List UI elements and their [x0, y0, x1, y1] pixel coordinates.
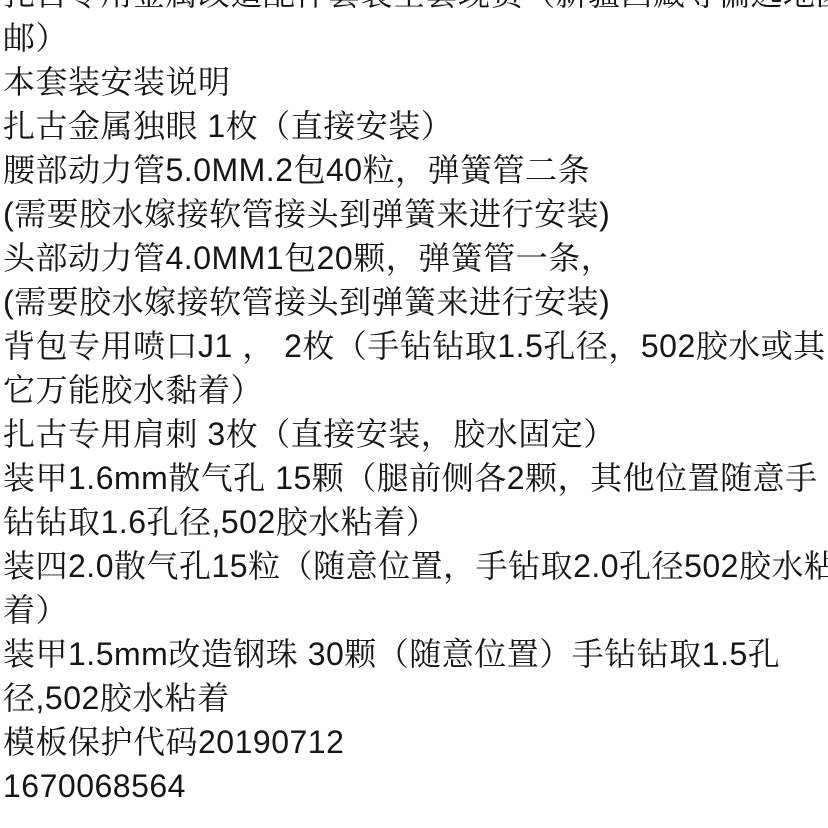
- text-line-backpack-nozzle-wrap: 它万能胶水黏着）: [3, 368, 828, 412]
- text-line-install-guide-title: 本套装安装说明: [3, 60, 828, 104]
- text-line-shipping-wrap: 邮）: [3, 16, 828, 60]
- text-line-template-code: 模板保护代码20190712: [3, 720, 828, 764]
- description-text-block: 扎古专用金属改造配件套装全套现货（新疆西藏等偏远地区不包 邮） 本套装安装说明 …: [3, 0, 828, 808]
- text-line-glue-note-2: (需要胶水嫁接软管接头到弹簧来进行安装): [3, 280, 828, 324]
- text-line-mono-eye: 扎古金属独眼 1枚（直接安装）: [3, 104, 828, 148]
- text-line-vent-2-0mm-wrap: 着）: [3, 588, 828, 632]
- text-line-head-power-pipe: 头部动力管4.0MM1包20颗，弹簧管一条，: [3, 236, 828, 280]
- text-line-backpack-nozzle: 背包专用喷口J1 ， 2枚（手钻钻取1.5孔径，502胶水或其: [3, 324, 828, 368]
- text-line-number-code: 1670068564: [3, 764, 828, 808]
- text-line-waist-power-pipe: 腰部动力管5.0MM.2包40粒，弹簧管二条: [3, 148, 828, 192]
- text-line-steel-ball-wrap: 径,502胶水粘着: [3, 676, 828, 720]
- clipped-top-text-line: 扎古专用金属改造配件套装全套现货（新疆西藏等偏远地区不包: [3, 0, 828, 16]
- text-line-glue-note-1: (需要胶水嫁接软管接头到弹簧来进行安装): [3, 192, 828, 236]
- text-line-vent-1-6mm-wrap: 钻钻取1.6孔径,502胶水粘着）: [3, 500, 828, 544]
- product-description-page: 扎古专用金属改造配件套装全套现货（新疆西藏等偏远地区不包 邮） 本套装安装说明 …: [0, 0, 828, 828]
- text-line-steel-ball: 装甲1.5mm改造钢珠 30颗（随意位置）手钻钻取1.5孔: [3, 632, 828, 676]
- text-line-shoulder-spike: 扎古专用肩刺 3枚（直接安装，胶水固定）: [3, 412, 828, 456]
- text-line-vent-2-0mm: 装四2.0散气孔15粒（随意位置，手钻取2.0孔径502胶水粘: [3, 544, 828, 588]
- text-line-vent-1-6mm: 装甲1.6mm散气孔 15颗（腿前侧各2颗，其他位置随意手: [3, 456, 828, 500]
